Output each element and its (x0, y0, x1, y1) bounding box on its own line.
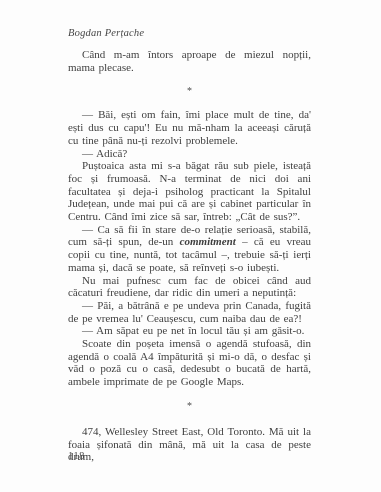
paragraph-narration: Puștoaica asta mi s-a băgat rău sub piel… (68, 160, 311, 224)
paragraph-narration: Nu mai pufnesc cum fac de obicei când au… (68, 275, 311, 300)
paragraph-dialog: — Băi, ești om fain, îmi place mult de t… (68, 109, 311, 147)
paragraph-dialog: — Păi, a bătrână e pe undeva prin Canada… (68, 300, 311, 325)
section-separator: * (68, 74, 311, 109)
paragraph-opening: Când m-am întors aproape de miezul nopți… (68, 49, 311, 74)
paragraph-dialog-with-emphasis: — Ca să fii în stare de-o relație serioa… (68, 224, 311, 275)
paragraph-dialog: — Am săpat eu pe net în locul tău și am … (68, 325, 311, 338)
asterisk-icon: * (187, 402, 192, 412)
page-number: 118 (68, 451, 85, 462)
book-page: Bogdan Perțache Când m-am întors aproape… (0, 0, 381, 492)
asterisk-icon: * (187, 87, 192, 97)
paragraph-narration: Scoate din poșeta imensă o agendă stufoa… (68, 338, 311, 389)
emphasis-word: commitment (180, 236, 236, 248)
running-header-author: Bogdan Perțache (68, 28, 311, 40)
paragraph-dialog: — Adică? (68, 148, 311, 161)
paragraph-closing: 474, Wellesley Street East, Old Toronto.… (68, 426, 311, 464)
text-block: Bogdan Perțache Când m-am întors aproape… (68, 28, 311, 464)
section-separator: * (68, 389, 311, 426)
